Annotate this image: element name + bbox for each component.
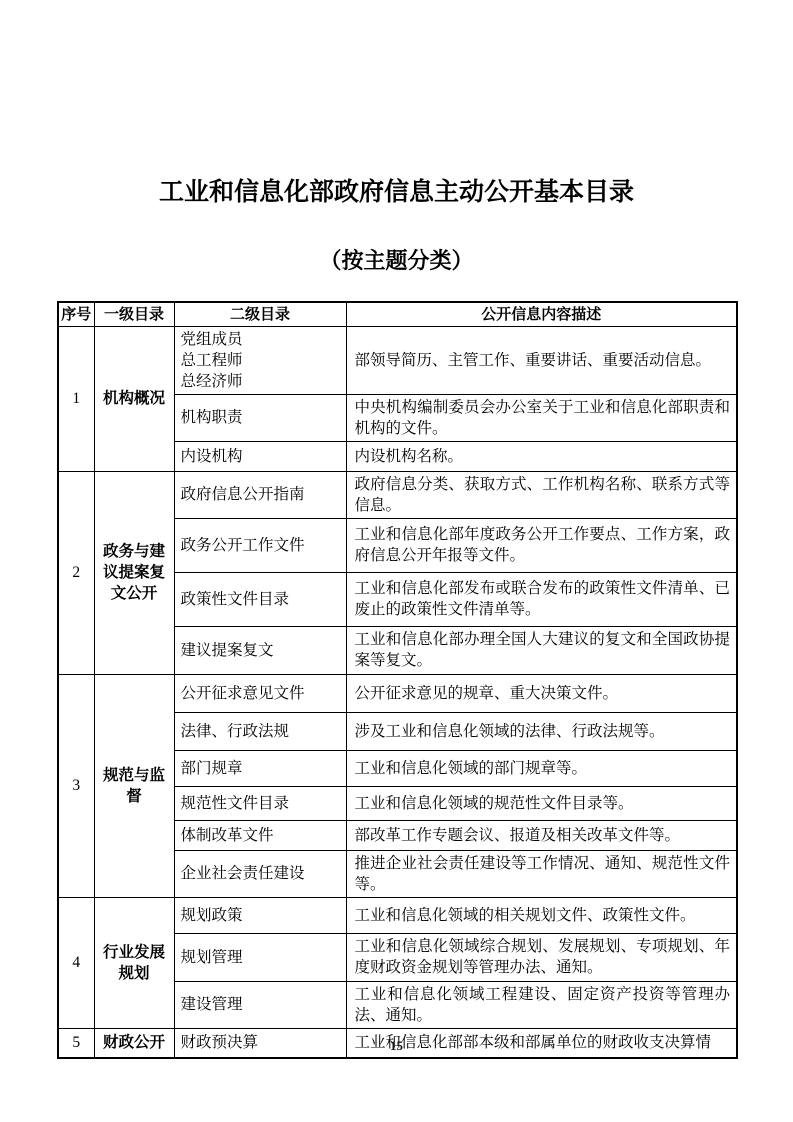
cell-subcategory: 内设机构 [174,441,346,471]
cell-subcategory: 部门规章 [174,750,346,786]
cell-subcategory: 党组成员 总工程师 总经济师 [174,326,346,394]
col-header-no: 序号 [58,302,94,326]
cell-description: 部改革工作专题会议、报道及相关改革文件等。 [346,820,737,850]
cell-description: 工业和信息化部办理全国人大建议的复文和全国政协提案等复文。 [346,626,737,674]
cell-subcategory: 法律、行政法规 [174,712,346,750]
cell-description: 公开征求意见的规章、重大决策文件。 [346,674,737,712]
cell-subcategory: 政务公开工作文件 [174,518,346,572]
cell-no: 1 [58,326,94,471]
cell-subcategory: 建议提案复文 [174,626,346,674]
cell-subcategory: 建设管理 [174,981,346,1028]
col-header-level2: 二级目录 [174,302,346,326]
table-row: 2 政务与建议提案复文公开 政府信息公开指南 政府信息分类、获取方式、工作机构名… [58,471,737,518]
document-page: 工业和信息化部政府信息主动公开基本目录 （按主题分类） 序号 一级目录 二级目录… [0,0,793,1122]
cell-category: 政务与建议提案复文公开 [94,471,174,674]
cell-no: 4 [58,897,94,1028]
cell-description: 推进企业社会责任建设等工作情况、通知、规范性文件等。 [346,850,737,897]
cell-description: 政府信息分类、获取方式、工作机构名称、联系方式等信息。 [346,471,737,518]
document-title: 工业和信息化部政府信息主动公开基本目录 [0,0,793,208]
cell-no: 3 [58,674,94,897]
cell-description: 涉及工业和信息化领域的法律、行政法规等。 [346,712,737,750]
cell-subcategory: 规划管理 [174,933,346,981]
cell-subcategory: 规范性文件目录 [174,786,346,820]
cell-description: 工业和信息化领域的规范性文件目录等。 [346,786,737,820]
cell-subcategory: 规划政策 [174,897,346,933]
table-row: 4 行业发展规划 规划政策 工业和信息化领域的相关规划文件、政策性文件。 [58,897,737,933]
cell-subcategory: 企业社会责任建设 [174,850,346,897]
table-header-row: 序号 一级目录 二级目录 公开信息内容描述 [58,302,737,326]
cell-description: 部领导简历、主管工作、重要讲话、重要活动信息。 [346,326,737,394]
cell-description: 工业和信息化部年度政务公开工作要点、工作方案，政府信息公开年报等文件。 [346,518,737,572]
table-row: 3 规范与监督 公开征求意见文件 公开征求意见的规章、重大决策文件。 [58,674,737,712]
document-subtitle: （按主题分类） [0,244,793,275]
cell-no: 2 [58,471,94,674]
cell-subcategory: 机构职责 [174,394,346,441]
cell-category: 行业发展规划 [94,897,174,1028]
cell-description: 中央机构编制委员会办公室关于工业和信息化部职责和机构的文件。 [346,394,737,441]
cell-description: 工业和信息化领域综合规划、发展规划、专项规划、年度财政资金规划等管理办法、通知。 [346,933,737,981]
cell-subcategory: 政策性文件目录 [174,572,346,626]
page-number: 15 [0,1038,793,1054]
col-header-description: 公开信息内容描述 [346,302,737,326]
cell-description: 工业和信息化领域的相关规划文件、政策性文件。 [346,897,737,933]
cell-subcategory: 公开征求意见文件 [174,674,346,712]
cell-subcategory: 体制改革文件 [174,820,346,850]
catalog-table: 序号 一级目录 二级目录 公开信息内容描述 1 机构概况 党组成员 总工程师 总… [57,301,738,1059]
col-header-level1: 一级目录 [94,302,174,326]
cell-description: 工业和信息化领域工程建设、固定资产投资等管理办法、通知。 [346,981,737,1028]
cell-category: 规范与监督 [94,674,174,897]
table-row: 1 机构概况 党组成员 总工程师 总经济师 部领导简历、主管工作、重要讲话、重要… [58,326,737,394]
cell-subcategory: 政府信息公开指南 [174,471,346,518]
cell-description: 工业和信息化领域的部门规章等。 [346,750,737,786]
cell-description: 工业和信息化部发布或联合发布的政策性文件清单、已废止的政策性文件清单等。 [346,572,737,626]
cell-category: 机构概况 [94,326,174,471]
cell-description: 内设机构名称。 [346,441,737,471]
